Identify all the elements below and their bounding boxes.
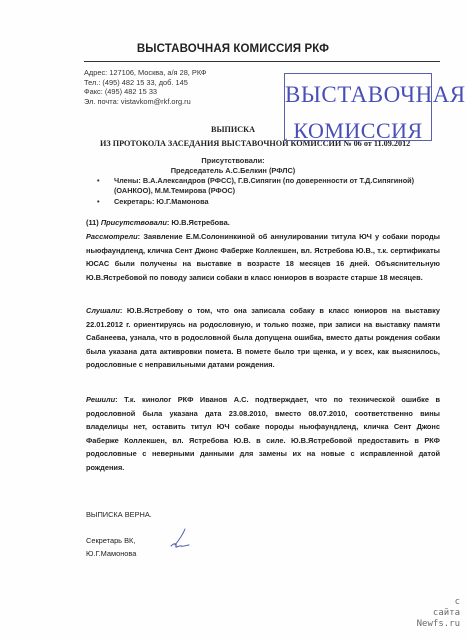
commission-stamp: ВЫСТАВОЧНАЯ КОМИССИЯ bbox=[284, 73, 432, 141]
heard-text: : Ю.В.Ястребову о том, что она записала … bbox=[86, 306, 440, 369]
stamp-line-2: КОМИССИЯ bbox=[285, 118, 431, 144]
secretary-item: Секретарь: Ю.Г.Мамонова bbox=[97, 197, 432, 207]
decided-paragraph: Решили: Т.к. кинолог РКФ Иванов А.С. под… bbox=[86, 393, 440, 475]
present-label: Присутствовали bbox=[101, 218, 167, 227]
present-value: : Ю.В.Ястребова. bbox=[167, 218, 230, 227]
signer-name: Ю.Г.Мамонова bbox=[86, 548, 136, 561]
handwritten-signature-icon bbox=[163, 528, 201, 552]
item-attendance: (11) Присутствовали: Ю.В.Ястребова. bbox=[86, 216, 440, 230]
site-watermark: с сайта Newfs.ru bbox=[417, 597, 460, 630]
item-number: (11) bbox=[86, 218, 99, 227]
address-line: Адрес: 127106, Москва, а/я 28, РКФ bbox=[84, 68, 207, 78]
watermark-line-1: с bbox=[417, 597, 460, 608]
phone-line: Тел.: (495) 482 15 33, доб. 145 bbox=[84, 78, 207, 88]
email-line: Эл. почта: vistavkom@rkf.org.ru bbox=[84, 97, 207, 107]
decided-label: Решили bbox=[86, 395, 115, 404]
decided-text: : Т.к. кинолог РКФ Иванов А.С. подтвержд… bbox=[86, 395, 440, 472]
signer-title: Секретарь ВК, bbox=[86, 535, 136, 548]
members-item: Члены: В.А.Александров (РФСС), Г.В.Сипяг… bbox=[97, 176, 432, 195]
heard-label: Слушали bbox=[86, 306, 120, 315]
heard-paragraph: Слушали: Ю.В.Ястребову о том, что она за… bbox=[86, 304, 440, 372]
header-divider bbox=[84, 61, 440, 62]
attendance-label: Присутствовали: bbox=[0, 156, 466, 165]
stamp-line-1: ВЫСТАВОЧНАЯ bbox=[285, 82, 431, 108]
watermark-line-2: сайта bbox=[417, 608, 460, 619]
signature-block: Секретарь ВК, Ю.Г.Мамонова bbox=[86, 535, 136, 560]
verified-statement: ВЫПИСКА ВЕРНА. bbox=[86, 510, 152, 519]
organization-title: ВЫСТАВОЧНАЯ КОМИССИЯ РКФ bbox=[0, 43, 466, 55]
fax-line: Факс: (495) 482 15 33 bbox=[84, 87, 207, 97]
considered-label: Рассмотрели bbox=[86, 232, 138, 241]
chairman: Председатель А.С.Белкин (РФЛС) bbox=[0, 166, 466, 175]
watermark-line-3: Newfs.ru bbox=[417, 619, 460, 630]
considered-text: : Заявление Е.М.Солонинкиной об аннулиро… bbox=[86, 232, 440, 282]
members-list: Члены: В.А.Александров (РФСС), Г.В.Сипяг… bbox=[97, 176, 432, 209]
considered-paragraph: Рассмотрели: Заявление Е.М.Солонинкиной … bbox=[86, 230, 440, 284]
document-page: ВЫСТАВОЧНАЯ КОМИССИЯ РКФ Адрес: 127106, … bbox=[0, 0, 466, 640]
contact-block: Адрес: 127106, Москва, а/я 28, РКФ Тел.:… bbox=[84, 68, 207, 106]
